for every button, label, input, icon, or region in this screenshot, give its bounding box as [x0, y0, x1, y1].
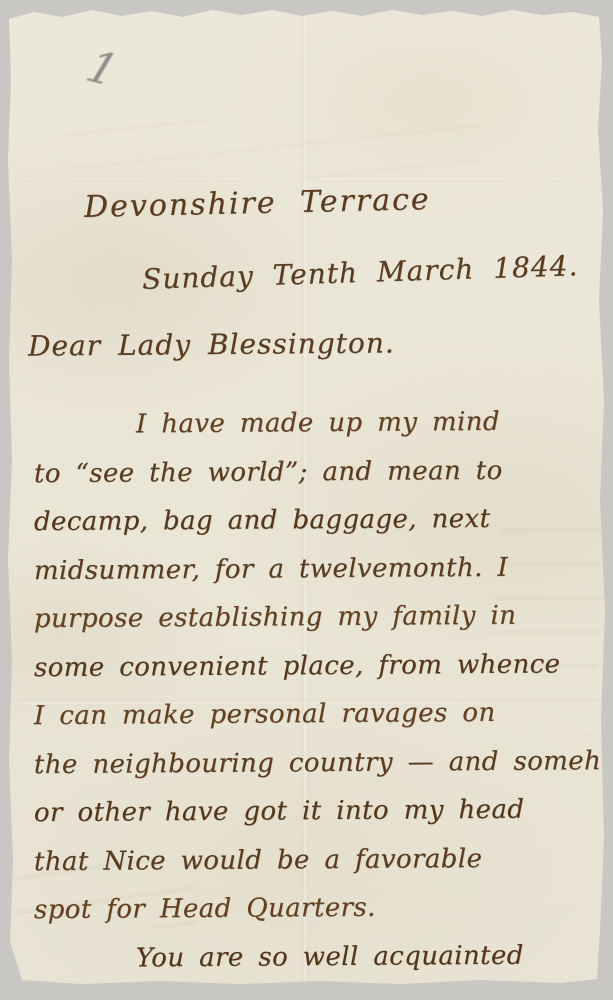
letter-line: the neighbouring country — and somehow	[34, 745, 613, 798]
letter-date: Sunday Tenth March 1844.	[142, 249, 579, 296]
letter-line: midsummer, for a twelvemonth. I	[34, 551, 613, 604]
letter-line: You are so well acquainted	[34, 939, 613, 992]
letter-line: that Nice would be a favorable	[34, 842, 613, 895]
letter-scan: 1 Devonshire Terrace Sunday Tenth March …	[0, 0, 613, 1000]
letter-line: or other have got it into my head	[34, 794, 613, 847]
letter-line: some convenient place, from whence	[34, 648, 613, 701]
letter-line: decamp, bag and baggage, next	[34, 503, 613, 556]
letter-salutation: Dear Lady Blessington.	[28, 326, 395, 362]
letter-address: Devonshire Terrace	[84, 182, 431, 225]
letter-body: I have made up my mind to “see the world…	[34, 408, 613, 990]
letter-line: spot for Head Quarters.	[34, 891, 613, 944]
letter-line: I have made up my mind	[34, 406, 613, 459]
pencil-page-number: 1	[80, 42, 125, 97]
letter-line: I can make personal ravages on	[34, 697, 613, 750]
ink-show-through-top	[60, 120, 480, 180]
letter-line: to “see the world”; and mean to	[34, 454, 613, 507]
letter-line: purpose establishing my family in	[34, 600, 613, 653]
letter-page-paper: 1 Devonshire Terrace Sunday Tenth March …	[0, 0, 613, 1000]
